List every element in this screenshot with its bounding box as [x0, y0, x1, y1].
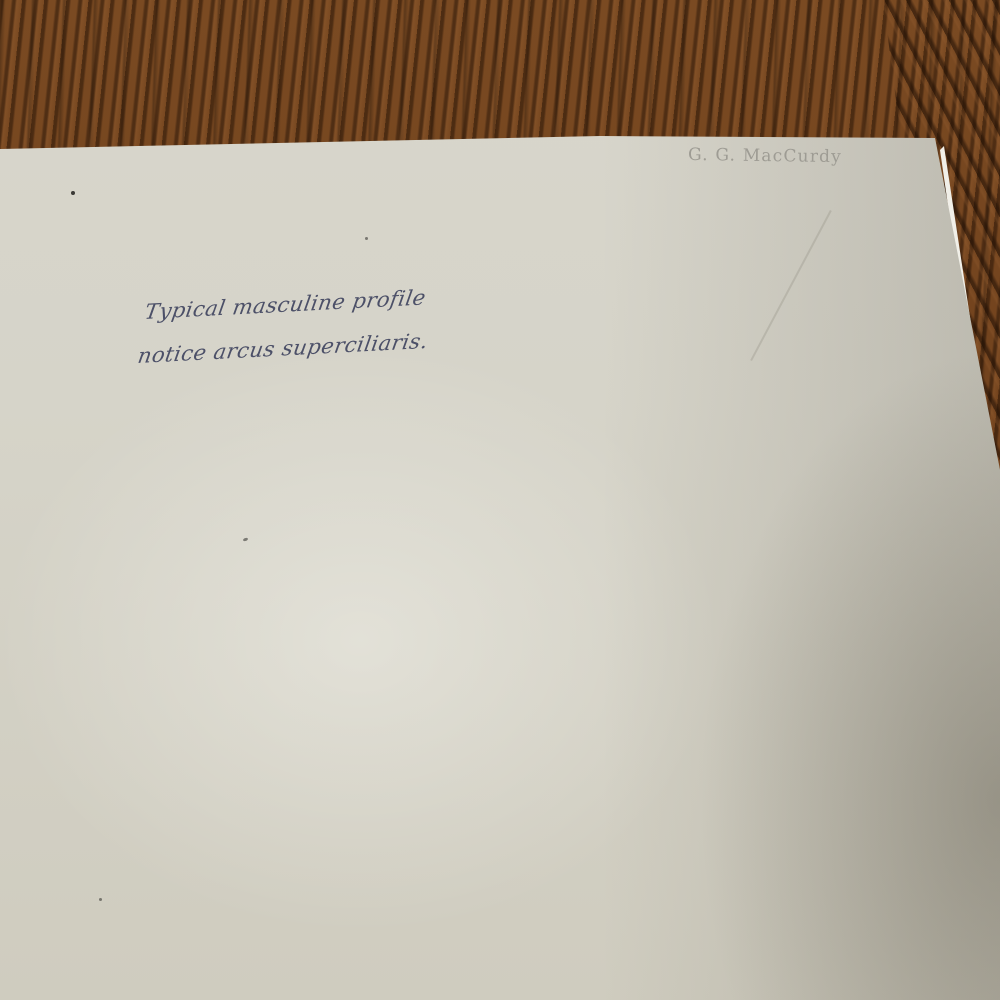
- ink-speck: [365, 237, 368, 240]
- photo-card-back: [0, 0, 1000, 1000]
- ink-speck: [71, 191, 75, 195]
- ink-speck: [99, 898, 102, 901]
- author-stamp: G. G. MacCurdy: [688, 145, 842, 167]
